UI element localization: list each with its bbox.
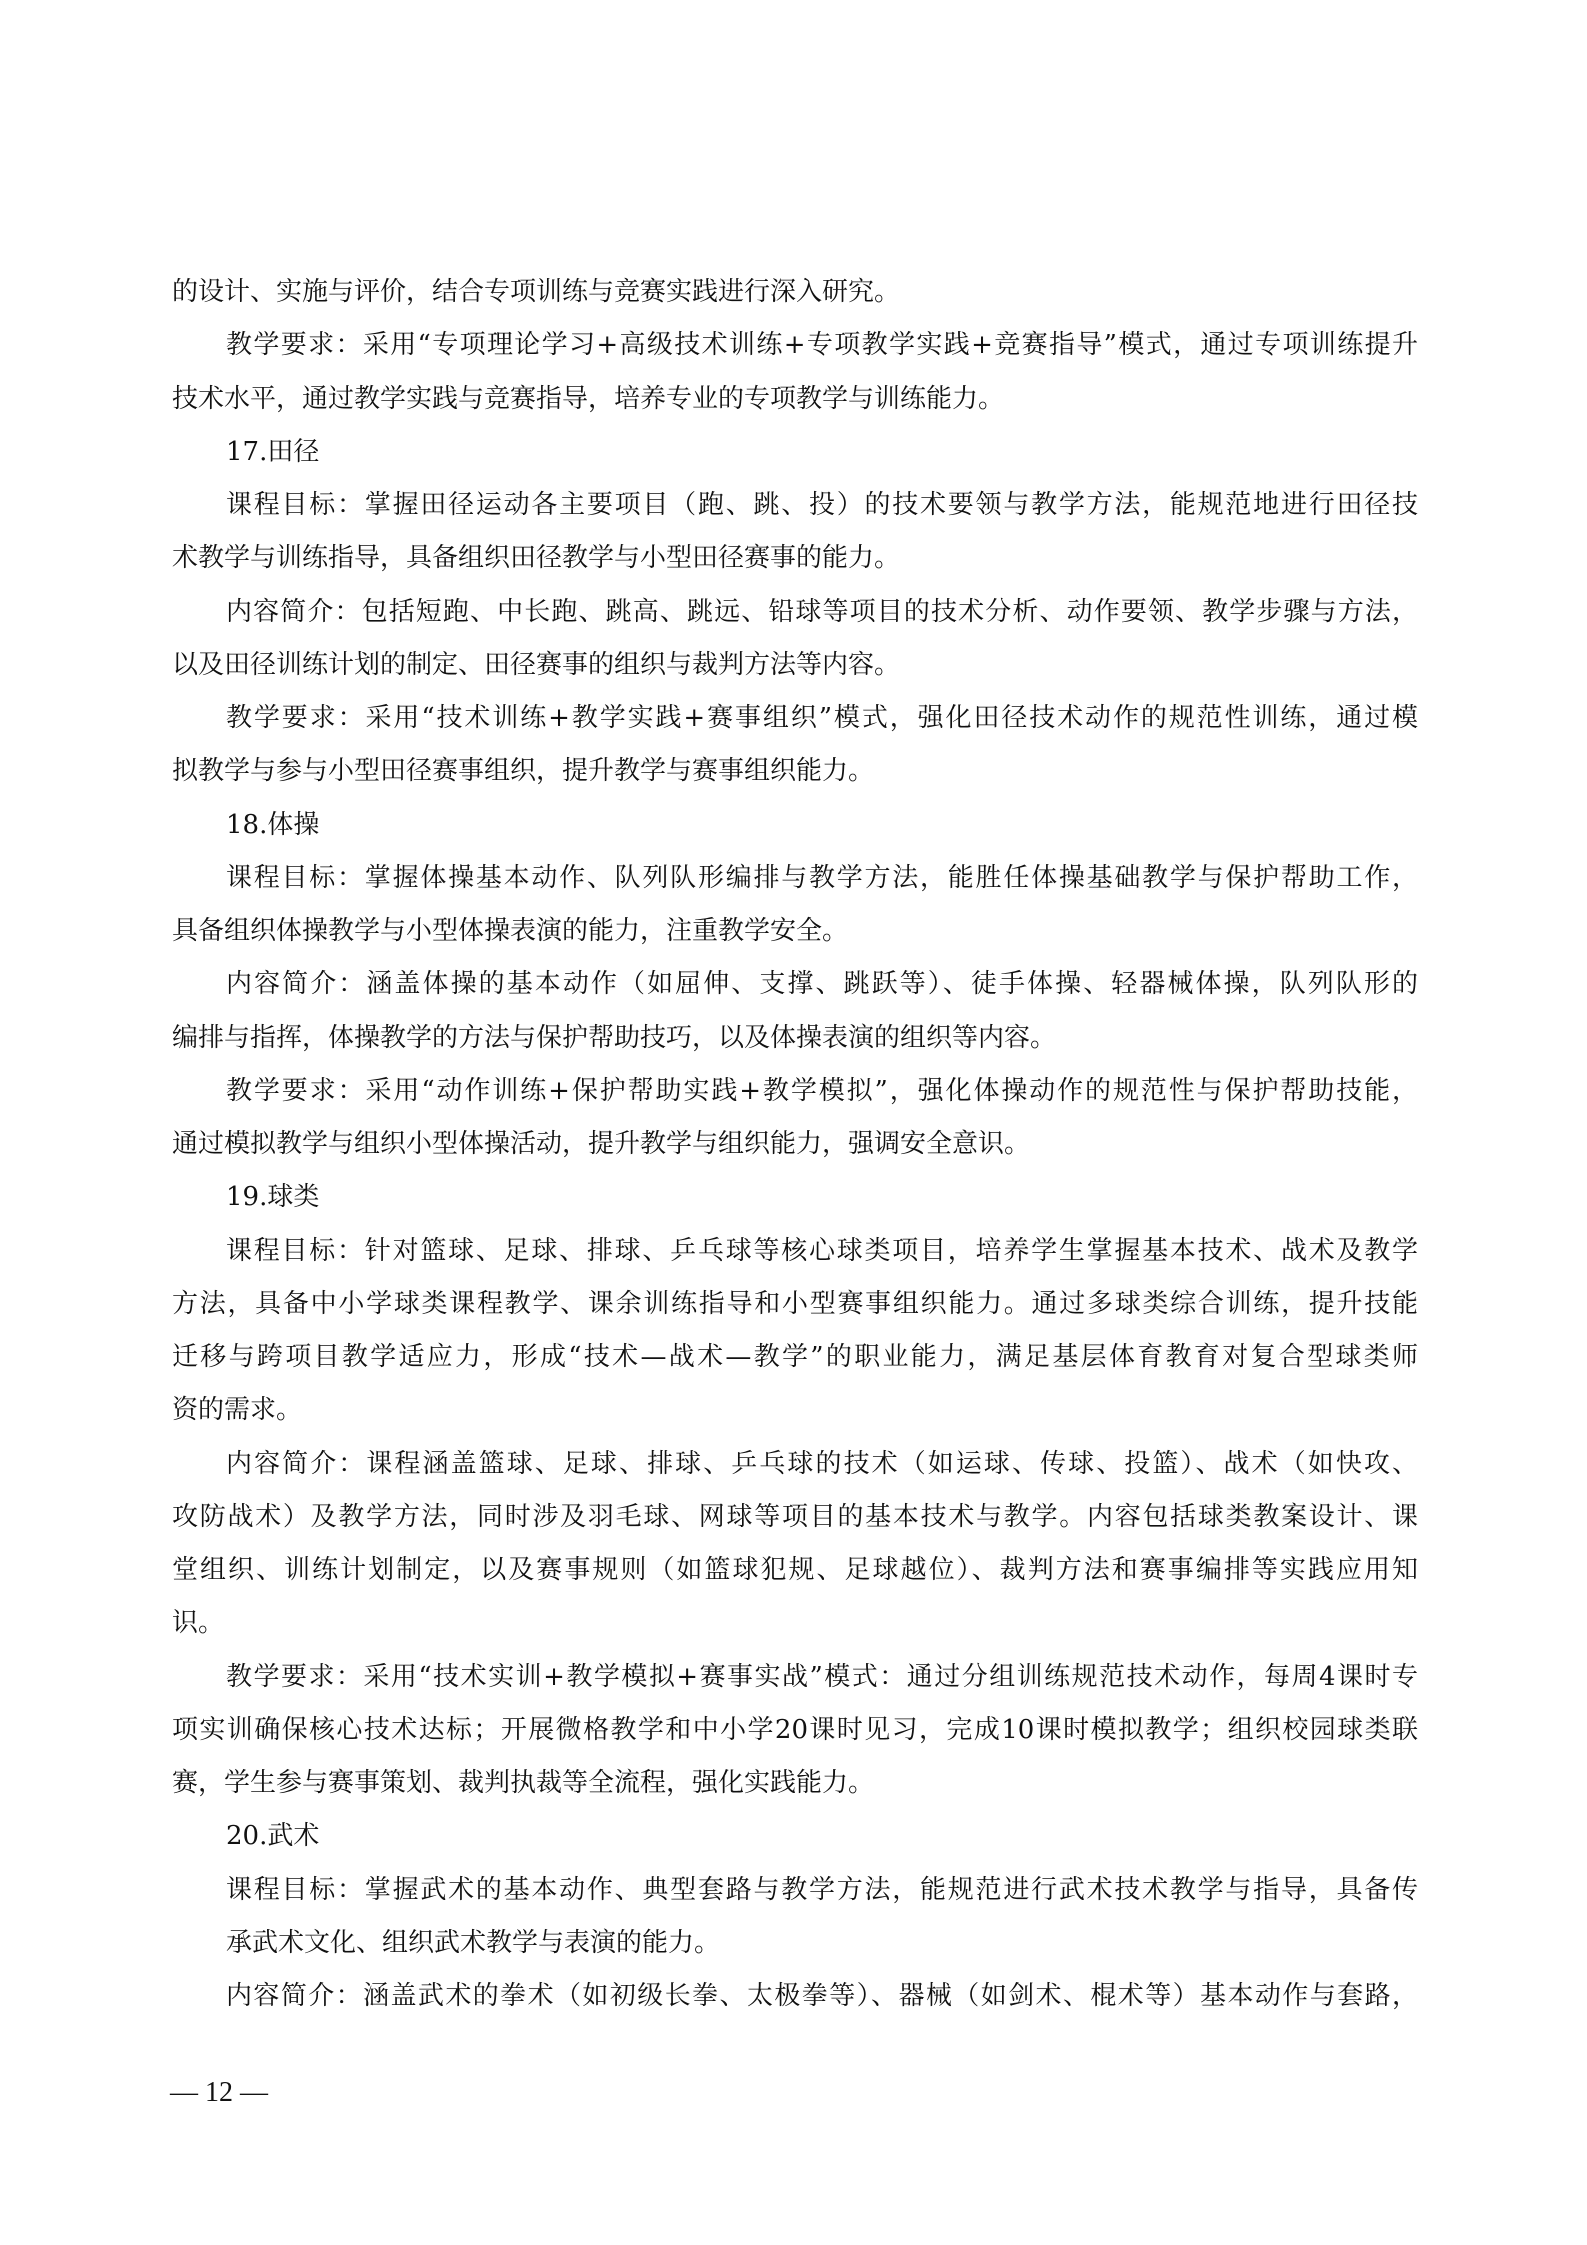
text-line-teaching-requirement: 拟教学与参与小型田径赛事组织，提升教学与赛事组织能力。 bbox=[172, 745, 1418, 798]
text-line-content-summary: 内容简介：涵盖武术的拳术（如初级长拳、太极拳等）、器械（如剑术、棍术等）基本动作… bbox=[172, 1970, 1418, 2023]
section-heading: 18.体操 bbox=[172, 799, 1418, 852]
section-heading: 17.田径 bbox=[172, 426, 1418, 479]
text-line-course-objective: 术教学与训练指导，具备组织田径教学与小型田径赛事的能力。 bbox=[172, 532, 1418, 585]
document-page: 的设计、实施与评价，结合专项训练与竞赛实践进行深入研究。教学要求：采用“专项理论… bbox=[0, 0, 1587, 2245]
text-line-teaching-requirement: 教学要求：采用“技术训练+教学实践+赛事组织”模式，强化田径技术动作的规范性训练… bbox=[172, 692, 1418, 745]
text-line-teaching-requirement: 教学要求：采用“技术实训+教学模拟+赛事实战”模式：通过分组训练规范技术动作，每… bbox=[172, 1651, 1418, 1704]
text-line-content-summary: 内容简介：课程涵盖篮球、足球、排球、乒乓球的技术（如运球、传球、投篮）、战术（如… bbox=[172, 1438, 1418, 1491]
text-line-course-objective: 课程目标：针对篮球、足球、排球、乒乓球等核心球类项目，培养学生掌握基本技术、战术… bbox=[172, 1225, 1418, 1278]
section-heading: 20.武术 bbox=[172, 1810, 1418, 1863]
text-line-content-summary: 内容简介：涵盖体操的基本动作（如屈伸、支撑、跳跃等）、徒手体操、轻器械体操，队列… bbox=[172, 958, 1418, 1011]
text-line-course-objective: 承武术文化、组织武术教学与表演的能力。 bbox=[172, 1917, 1418, 1970]
text-line-teaching-requirement: 通过模拟教学与组织小型体操活动，提升教学与组织能力，强调安全意识。 bbox=[172, 1118, 1418, 1171]
text-line-teaching-requirement: 教学要求：采用“专项理论学习+高级技术训练+专项教学实践+竞赛指导”模式，通过专… bbox=[172, 319, 1418, 372]
text-line-teaching-requirement: 教学要求：采用“动作训练+保护帮助实践+教学模拟”，强化体操动作的规范性与保护帮… bbox=[172, 1065, 1418, 1118]
body-text: 的设计、实施与评价，结合专项训练与竞赛实践进行深入研究。教学要求：采用“专项理论… bbox=[172, 266, 1418, 2023]
text-line-continuation: 的设计、实施与评价，结合专项训练与竞赛实践进行深入研究。 bbox=[172, 266, 1418, 319]
page-number: — 12 — bbox=[170, 2074, 268, 2112]
text-line-content-summary: 攻防战术）及教学方法，同时涉及羽毛球、网球等项目的基本技术与教学。内容包括球类教… bbox=[172, 1491, 1418, 1544]
text-line-course-objective: 迁移与跨项目教学适应力，形成“技术—战术—教学”的职业能力，满足基层体育教育对复… bbox=[172, 1331, 1418, 1384]
text-line-course-objective: 资的需求。 bbox=[172, 1384, 1418, 1437]
text-line-content-summary: 编排与指挥，体操教学的方法与保护帮助技巧，以及体操表演的组织等内容。 bbox=[172, 1012, 1418, 1065]
text-line-teaching-requirement: 项实训确保核心技术达标；开展微格教学和中小学20课时见习，完成10课时模拟教学；… bbox=[172, 1704, 1418, 1757]
text-line-content-summary: 以及田径训练计划的制定、田径赛事的组织与裁判方法等内容。 bbox=[172, 639, 1418, 692]
section-heading: 19.球类 bbox=[172, 1171, 1418, 1224]
text-line-teaching-requirement: 技术水平，通过教学实践与竞赛指导，培养专业的专项教学与训练能力。 bbox=[172, 373, 1418, 426]
text-line-course-objective: 课程目标：掌握体操基本动作、队列队形编排与教学方法，能胜任体操基础教学与保护帮助… bbox=[172, 852, 1418, 905]
text-line-content-summary: 识。 bbox=[172, 1597, 1418, 1650]
text-line-course-objective: 具备组织体操教学与小型体操表演的能力，注重教学安全。 bbox=[172, 905, 1418, 958]
text-line-content-summary: 堂组织、训练计划制定，以及赛事规则（如篮球犯规、足球越位）、裁判方法和赛事编排等… bbox=[172, 1544, 1418, 1597]
text-line-course-objective: 课程目标：掌握田径运动各主要项目（跑、跳、投）的技术要领与教学方法，能规范地进行… bbox=[172, 479, 1418, 532]
text-line-teaching-requirement: 赛，学生参与赛事策划、裁判执裁等全流程，强化实践能力。 bbox=[172, 1757, 1418, 1810]
text-line-course-objective: 课程目标：掌握武术的基本动作、典型套路与教学方法，能规范进行武术技术教学与指导，… bbox=[172, 1864, 1418, 1917]
text-line-content-summary: 内容简介：包括短跑、中长跑、跳高、跳远、铅球等项目的技术分析、动作要领、教学步骤… bbox=[172, 586, 1418, 639]
text-line-course-objective: 方法，具备中小学球类课程教学、课余训练指导和小型赛事组织能力。通过多球类综合训练… bbox=[172, 1278, 1418, 1331]
